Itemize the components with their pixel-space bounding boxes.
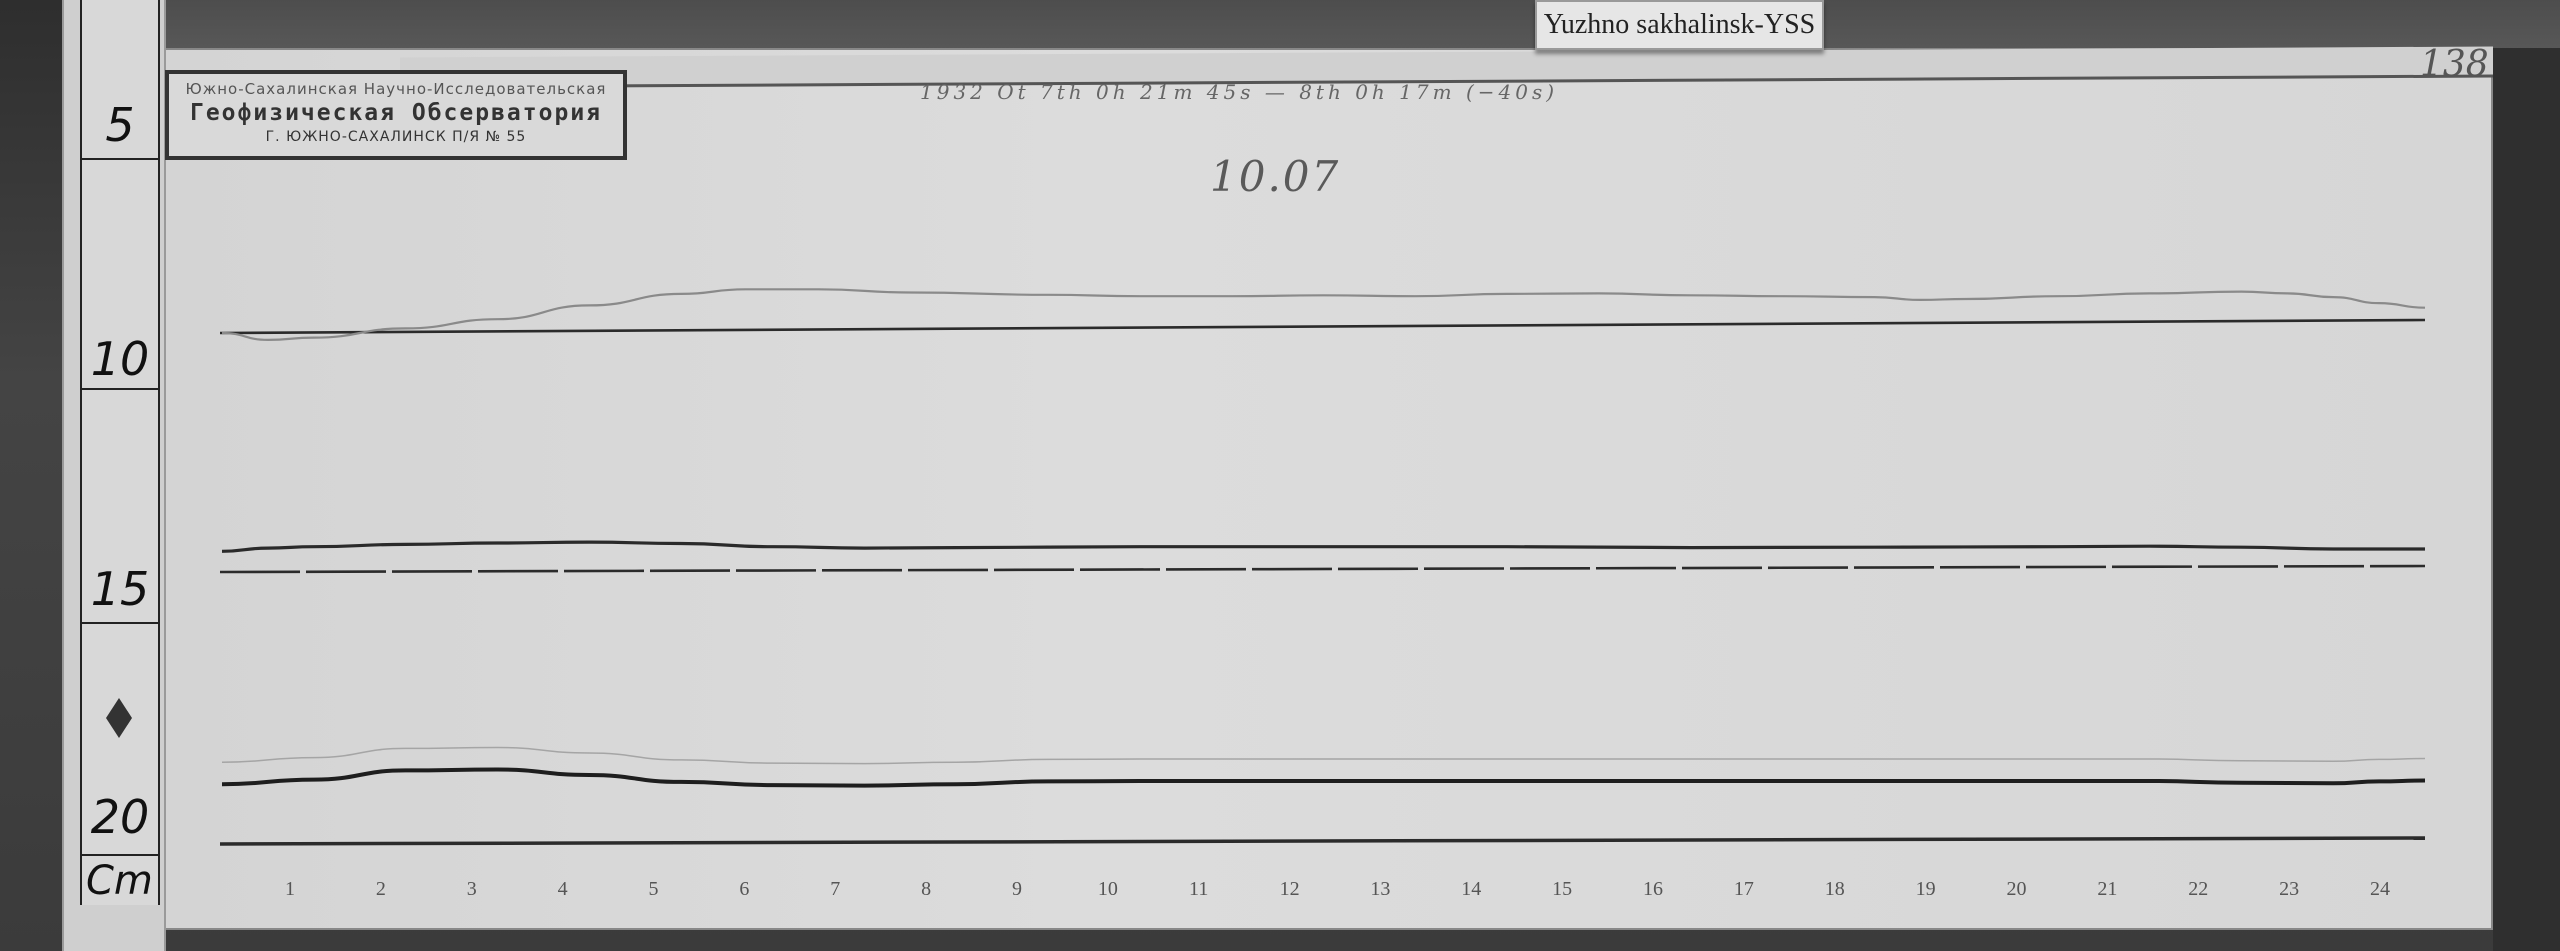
hour-label: 6 bbox=[739, 878, 749, 901]
hour-label: 16 bbox=[1643, 878, 1663, 901]
hour-label: 22 bbox=[2188, 878, 2208, 901]
hour-label: 5 bbox=[648, 878, 658, 901]
baseline-1 bbox=[220, 320, 2425, 333]
hour-label: 23 bbox=[2279, 878, 2299, 901]
trace-2 bbox=[222, 542, 2425, 551]
hour-label: 15 bbox=[1552, 878, 1572, 901]
magnetogram-traces bbox=[0, 0, 2560, 951]
hour-label: 2 bbox=[376, 878, 386, 901]
hour-label: 24 bbox=[2370, 878, 2390, 901]
hour-label: 1 bbox=[285, 878, 295, 901]
hour-label: 8 bbox=[921, 878, 931, 901]
hour-label: 19 bbox=[1916, 878, 1936, 901]
hour-label: 7 bbox=[830, 878, 840, 901]
hour-label: 13 bbox=[1370, 878, 1390, 901]
hour-label: 12 bbox=[1280, 878, 1300, 901]
trace-3 bbox=[222, 770, 2425, 786]
hour-label: 17 bbox=[1734, 878, 1754, 901]
hour-label: 18 bbox=[1825, 878, 1845, 901]
hour-label: 10 bbox=[1098, 878, 1118, 901]
trace-3-faint-companion bbox=[222, 748, 2425, 764]
hour-label: 9 bbox=[1012, 878, 1022, 901]
hour-label: 11 bbox=[1189, 878, 1208, 901]
hour-label: 3 bbox=[467, 878, 477, 901]
hour-label: 14 bbox=[1461, 878, 1481, 901]
baseline-3 bbox=[220, 838, 2425, 844]
hour-label: 4 bbox=[558, 878, 568, 901]
hour-label: 21 bbox=[2097, 878, 2117, 901]
hour-label: 20 bbox=[2007, 878, 2027, 901]
baseline-2 bbox=[220, 566, 2425, 572]
